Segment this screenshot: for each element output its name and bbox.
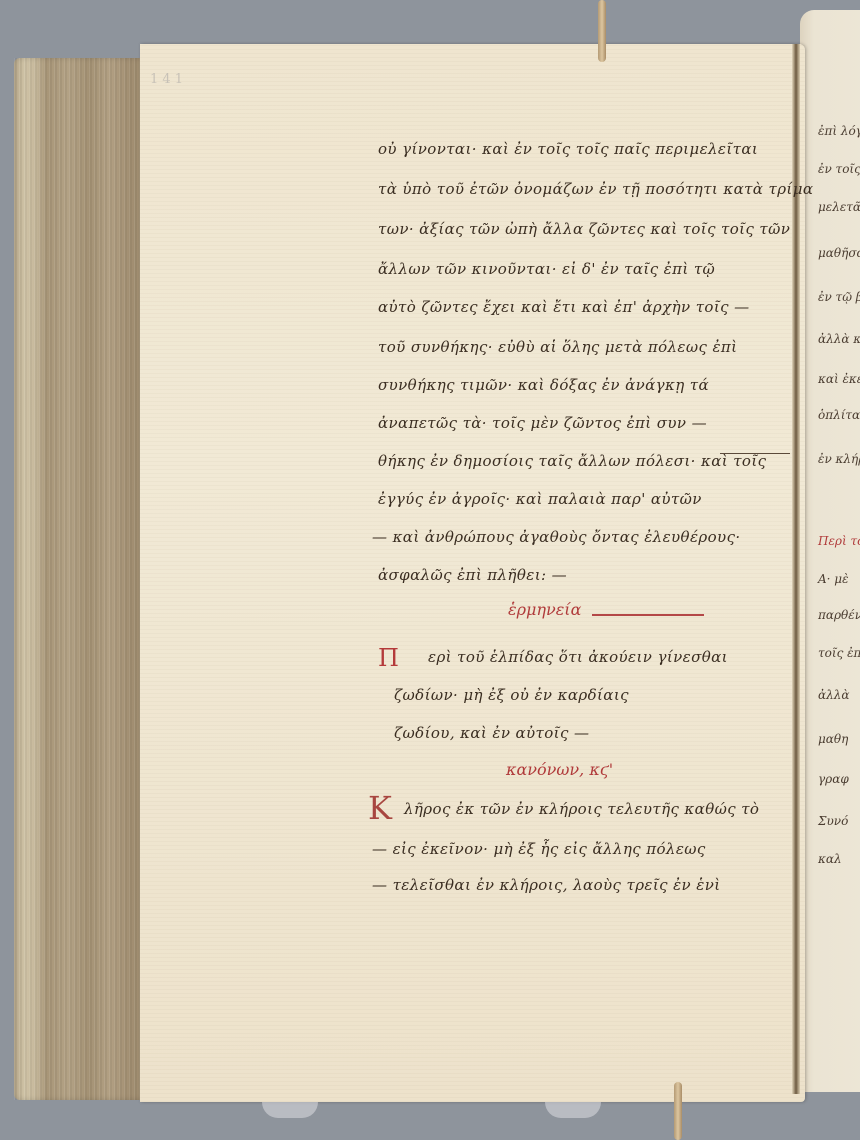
rubric-heading: ἑρμηνεία (508, 600, 581, 619)
text-line: — εἰς ἐκεῖνον· μὴ ἐξ ἧς εἰς ἄλλης πόλεως (372, 840, 706, 858)
text-fragment: ἀλλὰ κα (818, 332, 860, 346)
text-fragment: ἐν τοῖς (818, 162, 860, 176)
rubric-initial: Κ (368, 792, 392, 824)
text-fragment: Α· μὲ (818, 572, 849, 586)
page-clip (262, 1102, 318, 1118)
text-fragment: τοῖς ἐπ (818, 646, 860, 660)
text-fragment: Συνό (818, 814, 848, 828)
text-line: ζωδίων· μὴ ἐξ οὐ ἐν καρδίαις (394, 686, 629, 704)
text-line: ερὶ τοῦ ἑλπίδας ὅτι ἀκούειν γίνεσθαι (428, 648, 728, 666)
text-line: τοῦ συνθήκης· εὐθὺ αἱ ὅλης μετὰ πόλεως ἐ… (378, 338, 737, 356)
text-line: ἐγγύς ἐν ἀγροῖς· καὶ παλαιὰ παρ' αὐτῶν (378, 490, 702, 508)
text-fragment: γραφ (818, 772, 849, 786)
gutter (792, 44, 800, 1094)
margin-rule (720, 453, 790, 454)
rubric-underline (592, 614, 704, 616)
text-fragment: μαθη (818, 732, 848, 746)
text-fragment: Περὶ τοῦ (818, 534, 860, 548)
text-fragment: ἐν κλήρῳ (818, 452, 860, 466)
text-line: ἀσφαλῶς ἐπὶ πλῆθει: — (378, 566, 567, 584)
text-fragment: παρθένο (818, 608, 860, 622)
text-line: θήκης ἐν δημοσίοις ταῖς ἄλλων πόλεσι· κα… (378, 452, 766, 470)
text-line: αὐτὸ ζῶντες ἔχει καὶ ἔτι καὶ ἐπ' ἀρχὴν τ… (378, 298, 750, 316)
text-line: ἄλλων τῶν κινοῦνται· εἰ δ' ἐν ταῖς ἐπὶ τ… (378, 260, 715, 278)
page-stack-edges (14, 58, 150, 1100)
text-line: οὐ γίνονται· καὶ ἐν τοῖς τοῖς παῖς περιμ… (378, 140, 758, 158)
text-line: των· ἀξίας τῶν ὠπὴ ἄλλα ζῶντες καὶ τοῖς … (378, 220, 790, 238)
text-fragment: μαθῆσαι (818, 246, 860, 260)
folio-number-ghost: 1 4 1 (150, 72, 183, 87)
rubric-heading: κανόνων, κϛ' (506, 760, 613, 779)
text-line: τὰ ὑπὸ τοῦ ἐτῶν ὀνομάζων ἐν τῇ ποσότητι … (378, 180, 813, 198)
text-fragment: μελετᾶν (818, 200, 860, 214)
wooden-pin-top (598, 0, 606, 62)
wooden-pin-bottom (674, 1082, 682, 1140)
text-line: λῆρος ἐκ τῶν ἐν κλήροις τελευτῆς καθώς τ… (404, 800, 759, 818)
text-fragment: καλ (818, 852, 842, 866)
text-line: — καὶ ἀνθρώπους ἀγαθοὺς ὄντας ἐλευθέρους… (372, 528, 741, 546)
page-clip (545, 1102, 601, 1118)
text-fragment: ὁπλίταις (818, 408, 860, 422)
text-fragment: καὶ ἐκεῖ (818, 372, 860, 386)
text-line: — τελεῖσθαι ἐν κλήροις, λαοὺς τρεῖς ἐν ἑ… (372, 876, 721, 894)
text-fragment: ἐπὶ λόγους (818, 124, 860, 138)
manuscript-scene: 1 4 1 οὐ γίνονται· καὶ ἐν τοῖς τοῖς παῖς… (0, 0, 860, 1140)
text-line: συνθήκης τιμῶν· καὶ δόξας ἐν ἀνάγκῃ τά (378, 376, 709, 394)
text-fragment: ἀλλὰ (818, 688, 849, 702)
text-line: ἀναπετῶς τὰ· τοῖς μὲν ζῶντος ἐπὶ συν — (378, 414, 707, 432)
rubric-initial: Π (378, 646, 399, 670)
text-line: ζωδίου, καὶ ἐν αὐτοῖς — (394, 724, 589, 742)
text-fragment: ἐν τῷ βίῳ (818, 290, 860, 304)
